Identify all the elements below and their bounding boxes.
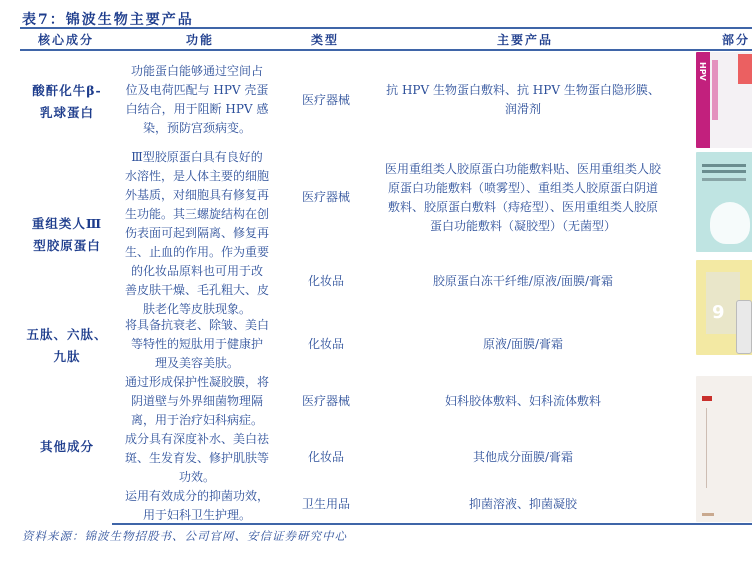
- table-title: 表7：锦波生物主要产品: [22, 9, 194, 29]
- header-type: 类型: [290, 31, 360, 48]
- type-cell: 医疗器械: [284, 188, 368, 207]
- header-products: 主要产品: [370, 31, 680, 48]
- type-cell: 医疗器械: [284, 91, 368, 110]
- products-cell: 其他成分面膜/膏霜: [370, 448, 676, 467]
- type-cell: 卫生用品: [284, 495, 368, 514]
- ingredient-cell: 重组类人Ⅲ 型胶原蛋白: [20, 213, 114, 257]
- products-cell: 原液/面膜/膏霜: [370, 335, 676, 354]
- products-cell: 医用重组类人胶原蛋白功能敷料贴、医用重组类人胶 原蛋白功能敷料（喷雾型）、重组类…: [370, 160, 676, 236]
- function-cell: 通过形成保护性凝胶膜，将 阴道壁与外界细菌物理隔 离，用于治疗妇科病症。 成分具…: [114, 373, 280, 525]
- table-bottom-rule: [112, 523, 752, 525]
- ingredient-cell: 酸酐化牛β- 乳球蛋白: [20, 80, 114, 124]
- products-cell: 胶原蛋白冻干纤维/原液/面膜/膏霜: [370, 272, 676, 291]
- function-cell: 将具备抗衰老、除皱、美白 等特性的短肽用于健康护 理及美容美肤。: [114, 316, 280, 373]
- ingredient-cell: 其他成分: [20, 436, 114, 458]
- products-cell: 抑菌溶液、抑菌凝胶: [370, 495, 676, 514]
- header-ingredient: 核心成分: [20, 31, 112, 48]
- hpv-product-image: HPV: [696, 52, 752, 148]
- function-cell: Ⅲ型胶原蛋白具有良好的 水溶性，是人体主要的细胞 外基质，对细胞具有修复再 生功…: [114, 148, 280, 319]
- collagen-mask-image: [696, 152, 752, 252]
- serum-product-image: 9: [696, 260, 752, 355]
- type-cell: 化妆品: [284, 272, 368, 291]
- products-cell: 妇科胶体敷料、妇科流体敷料: [370, 392, 676, 411]
- header-function: 功能: [130, 31, 270, 48]
- header-bottom-rule: [20, 49, 752, 51]
- header-top-rule: [20, 27, 752, 29]
- type-cell: 化妆品: [284, 335, 368, 354]
- products-cell: 抗 HPV 生物蛋白敷料、抗 HPV 生物蛋白隐形膜、 润滑剂: [370, 81, 676, 119]
- ingredient-cell: 五肽、六肽、 九肽: [20, 324, 114, 368]
- function-cell: 功能蛋白能够通过空间占 位及电荷匹配与 HPV 壳蛋 白结合，用于阻断 HPV …: [114, 62, 280, 138]
- type-cell: 医疗器械: [284, 392, 368, 411]
- hygiene-product-image: [696, 376, 752, 522]
- type-cell: 化妆品: [284, 448, 368, 467]
- header-images: 部分: [722, 31, 752, 48]
- source-note: 资料来源：锦波生物招股书、公司官网、安信证券研究中心: [22, 528, 347, 544]
